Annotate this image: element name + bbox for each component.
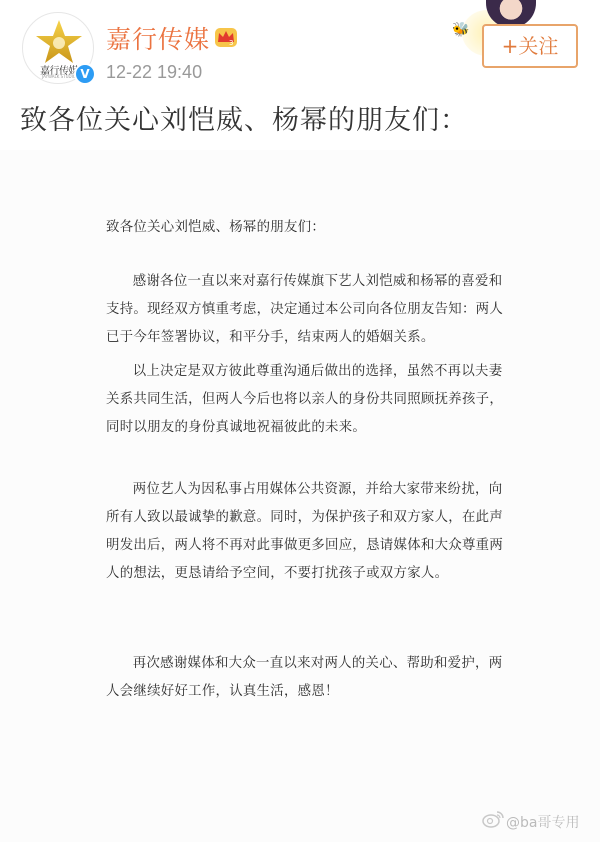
- verified-badge-icon: V: [74, 63, 96, 85]
- statement-image[interactable]: 致各位关心刘恺威、杨幂的朋友们： 感谢各位一直以来对嘉行传媒旗下艺人刘恺威和杨幂…: [0, 150, 600, 842]
- svg-text:3: 3: [229, 39, 233, 47]
- watermark-text: @ba哥专用: [506, 812, 579, 832]
- post-timestamp: 12-22 19:40: [106, 62, 202, 83]
- username[interactable]: 嘉行传媒: [106, 20, 210, 56]
- statement-paragraph: 两位艺人为因私事占用媒体公共资源，并给大家带来纷扰，向所有人致以最诚挚的歉意。同…: [106, 476, 506, 588]
- statement-paragraph: 以上决定是双方彼此尊重沟通后做出的选择，虽然不再以夫妻关系共同生活，但两人今后也…: [106, 358, 506, 442]
- post-header: 嘉行传媒 JAYWALK STUDIO V 嘉行传媒 3 12-22 19:40…: [0, 0, 600, 95]
- star-logo-icon: [35, 19, 83, 65]
- weibo-icon: [482, 810, 504, 828]
- follow-button[interactable]: +关注: [482, 24, 578, 68]
- crown-vip-icon[interactable]: 3: [214, 26, 238, 48]
- post-title: 致各位关心刘恺威、杨幂的朋友们：: [20, 98, 468, 137]
- statement-salutation: 致各位关心刘恺威、杨幂的朋友们：: [106, 214, 325, 242]
- statement-paragraph: 感谢各位一直以来对嘉行传媒旗下艺人刘恺威和杨幂的喜爱和支持。现经双方慎重考虑，决…: [106, 268, 506, 352]
- statement-paragraph: 再次感谢媒体和大众一直以来对两人的关心、帮助和爱护，两人会继续好好工作，认真生活…: [106, 650, 506, 706]
- bee-decoration-icon: 🐝: [452, 22, 469, 38]
